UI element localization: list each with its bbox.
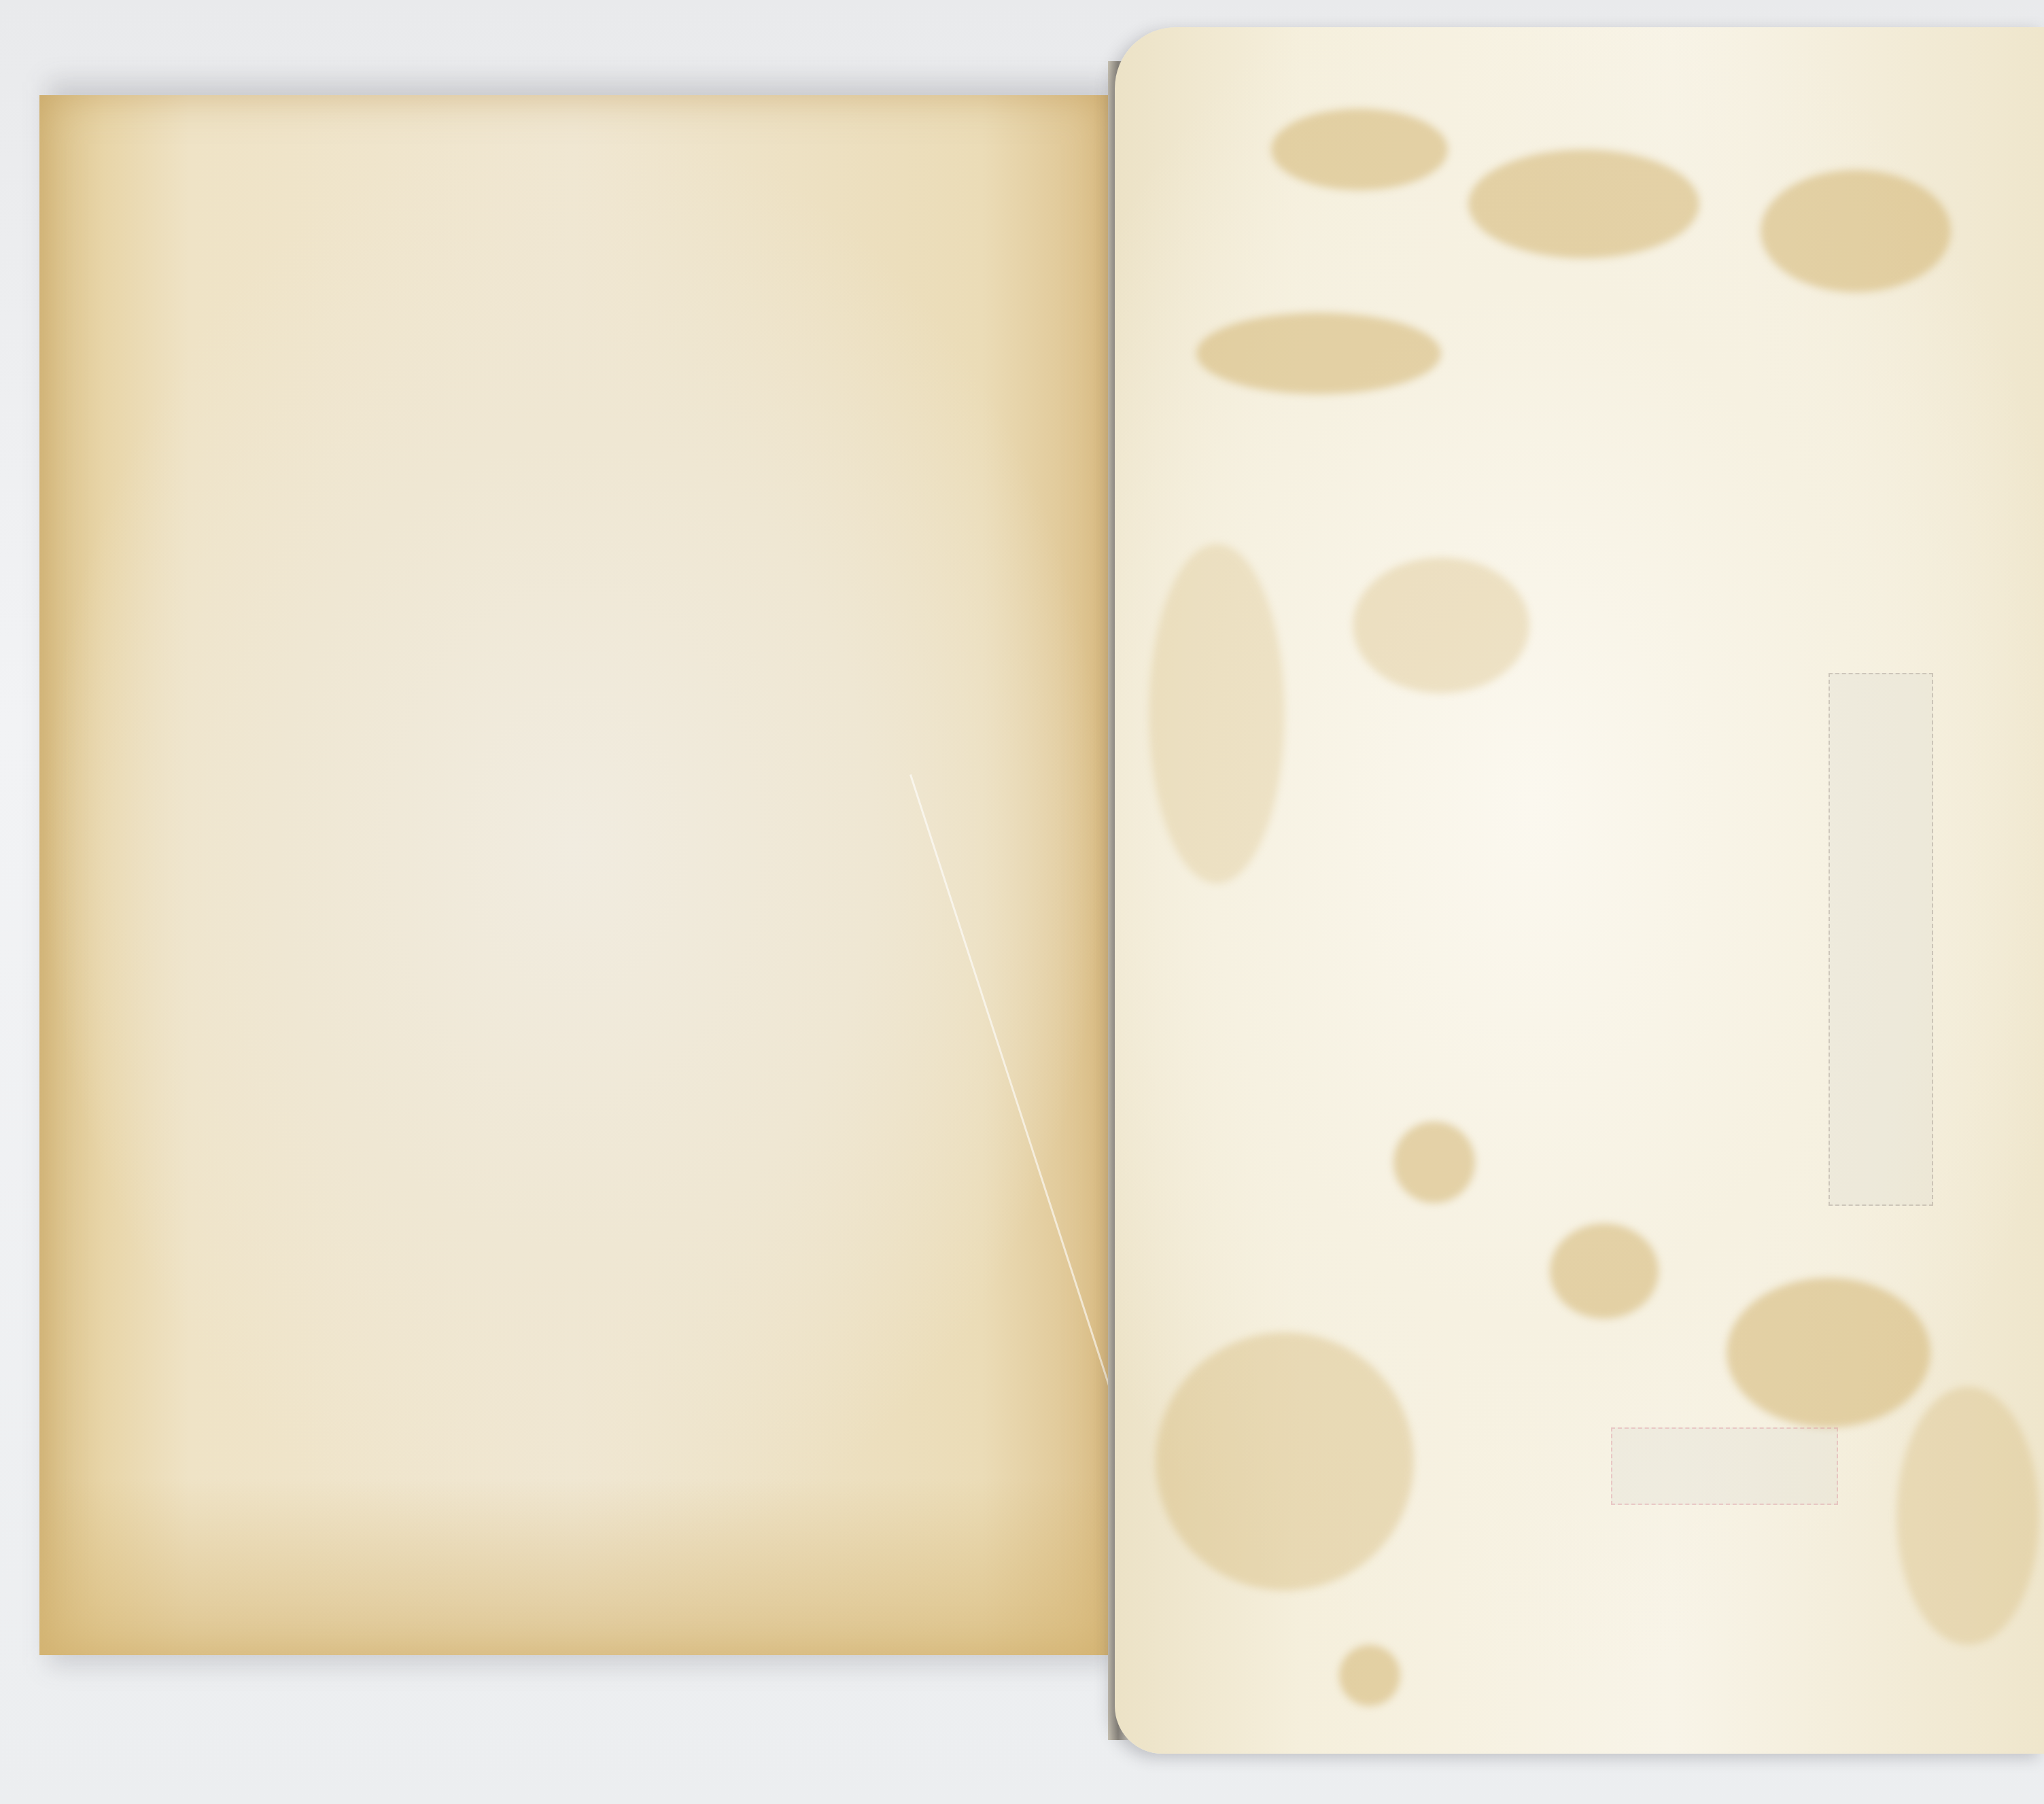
- foxing-stain: [1896, 1387, 2039, 1645]
- foxing-stain: [1149, 544, 1285, 884]
- foxing-stain: [1353, 557, 1529, 693]
- foxing-stain: [1196, 313, 1441, 394]
- tape-mark: [1829, 673, 1933, 1206]
- right-page: [1115, 27, 2044, 1754]
- foxing-stain: [1156, 1332, 1414, 1591]
- foxing-stain: [1393, 1122, 1475, 1203]
- foxing-stain: [1271, 109, 1448, 190]
- left-page: [39, 95, 1110, 1655]
- foxing-stain: [1761, 170, 1951, 292]
- foxing-stain: [1727, 1278, 1930, 1427]
- foxing-stain: [1550, 1224, 1659, 1319]
- tape-mark: [1611, 1427, 1838, 1505]
- foxing-stain: [1339, 1645, 1400, 1706]
- foxing-stain: [1468, 150, 1699, 258]
